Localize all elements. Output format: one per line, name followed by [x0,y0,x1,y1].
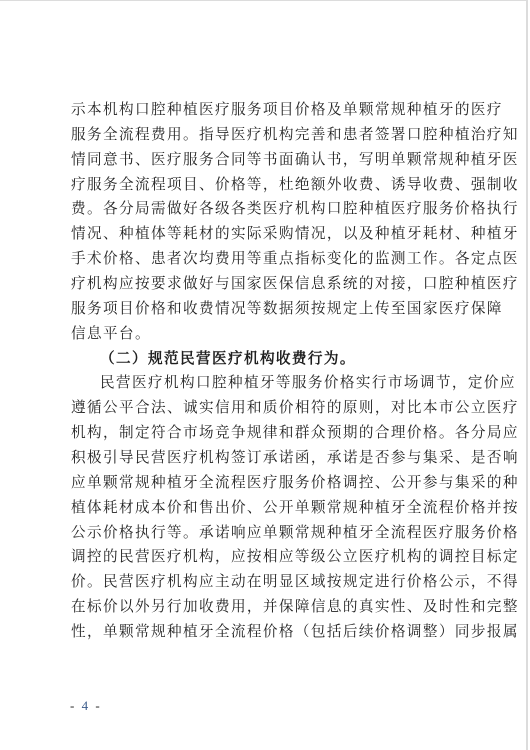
document-page: 示本机构口腔种植医疗服务项目价格及单颗常规种植牙的医疗 服务全流程费用。指导医疗… [0,0,528,750]
paragraph-line: 价。民营医疗机构应主动在明显区域按规定进行价格公示，不得 [71,570,457,595]
page-number-dash-left: - [70,698,76,713]
paragraph-line: 费。各分局需做好各级各类医疗机构口腔种植医疗服务价格执行 [71,197,457,222]
paragraph-line: 积极引导民营医疗机构签订承诺函，承诺是否参与集采、是否响 [71,446,457,471]
paragraph-line: 情况、种植体等耗材的实际采购情况，以及种植牙耗材、种植牙 [71,222,457,247]
paragraph-line: 服务全流程费用。指导医疗机构完善和患者签署口腔种植治疗知 [71,123,457,148]
paragraph-line: 植体耗材成本价和售出价、公开单颗常规种植牙全流程价格并按 [71,496,457,521]
paragraph-line: 信息平台。 [71,322,457,347]
paragraph-line: 手术价格、患者次均费用等重点指标变化的监测工作。各定点医 [71,247,457,272]
paragraph-line: 民营医疗机构口腔种植牙等服务价格实行市场调节，定价应 [71,371,457,396]
paragraph-line: 调控的民营医疗机构，应按相应等级公立医疗机构的调控目标定 [71,545,457,570]
paragraph-line: 在标价以外另行加收费用，并保障信息的真实性、及时性和完整 [71,595,457,620]
section-heading: （二）规范民营医疗机构收费行为。 [71,347,457,372]
paragraph-line: 机构，制定符合市场竞争规律和群众预期的合理价格。各分局应 [71,421,457,446]
paragraph-line: 示本机构口腔种植医疗服务项目价格及单颗常规种植牙的医疗 [71,98,457,123]
document-body: 示本机构口腔种植医疗服务项目价格及单颗常规种植牙的医疗 服务全流程费用。指导医疗… [71,98,457,645]
paragraph-line: 服务项目价格和收费情况等数据须按规定上传至国家医疗保障 [71,297,457,322]
paragraph-line: 应单颗常规种植牙全流程医疗服务价格调控、公开参与集采的种 [71,471,457,496]
paragraph-line: 公示价格执行等。承诺响应单颗常规种植牙全流程医疗服务价格 [71,521,457,546]
paragraph-line: 疗机构应按要求做好与国家医保信息系统的对接，口腔种植医疗 [71,272,457,297]
page-number: - 4 - [70,698,102,714]
paragraph-line: 情同意书、医疗服务合同等书面确认书，写明单颗常规种植牙医 [71,148,457,173]
page-number-dash-right: - [95,698,101,713]
paragraph-line: 疗服务全流程项目、价格等，杜绝额外收费、诱导收费、强制收 [71,173,457,198]
paragraph-line: 性，单颗常规种植牙全流程价格（包括后续价格调整）同步报属 [71,620,457,645]
page-number-value: 4 [82,698,91,713]
paragraph-line: 遵循公平合法、诚实信用和质价相符的原则，对比本市公立医疗 [71,396,457,421]
